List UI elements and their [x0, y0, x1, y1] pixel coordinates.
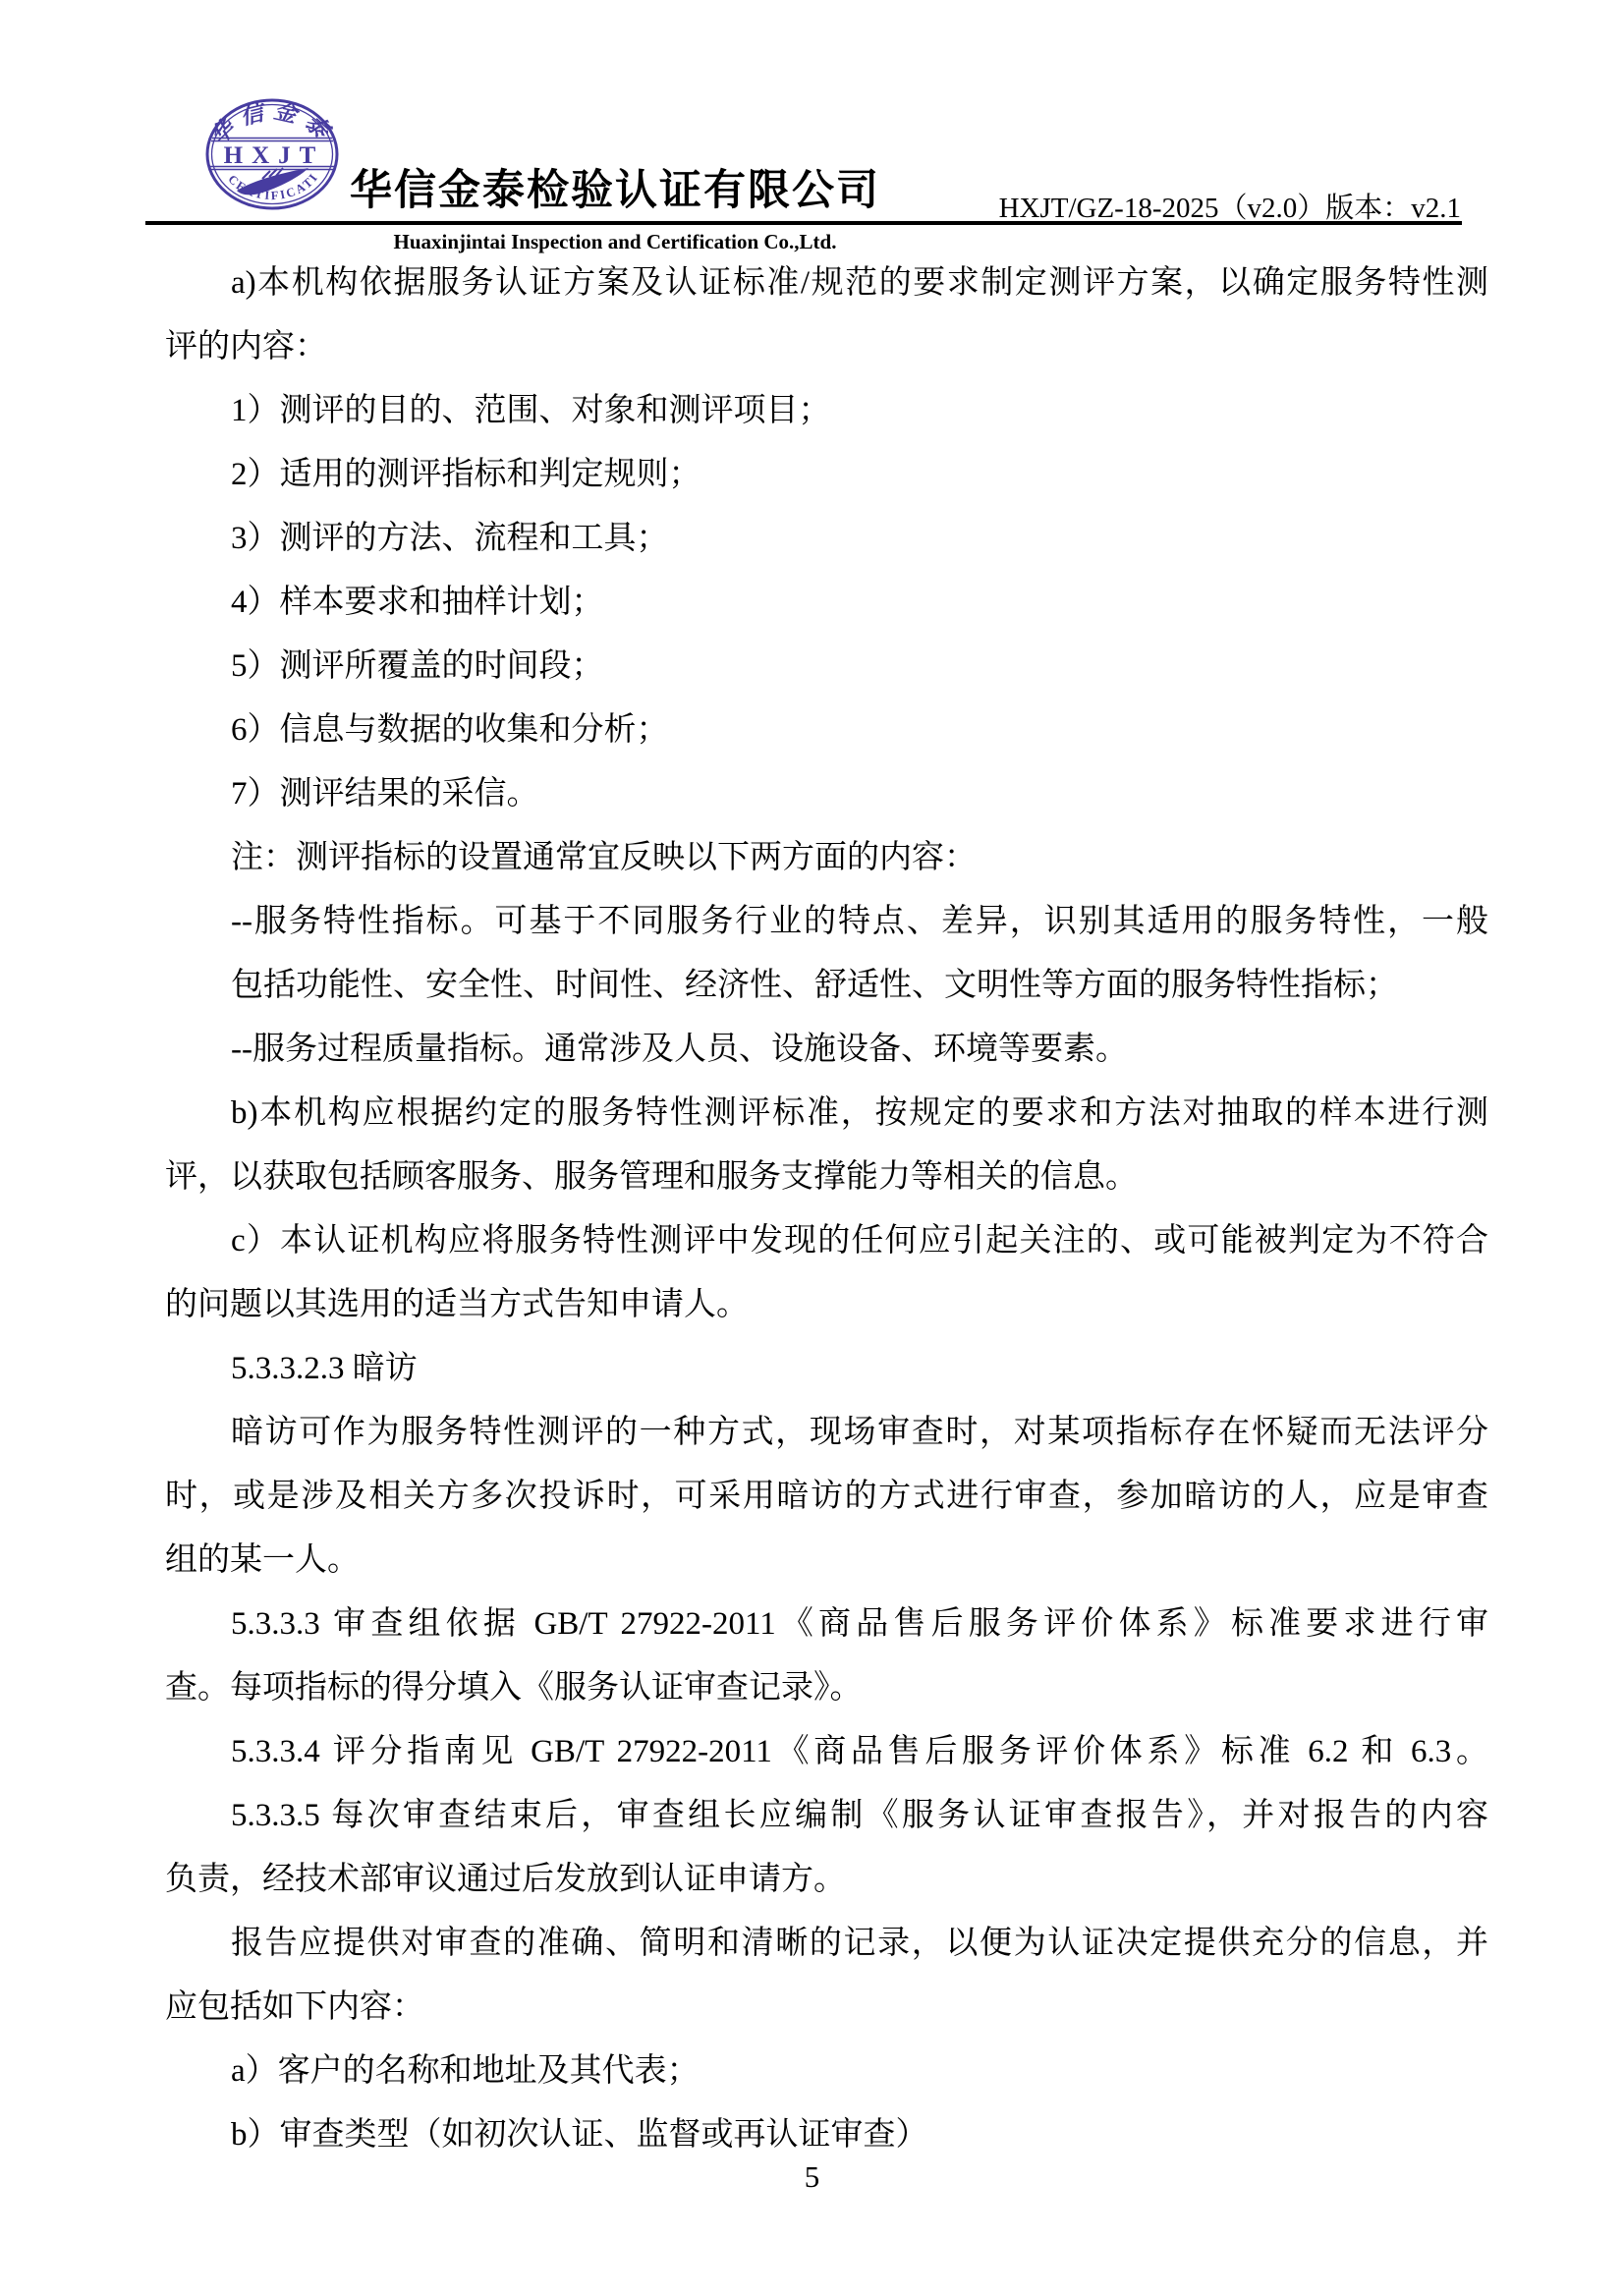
body-line: 6）信息与数据的收集和分析；	[165, 699, 1488, 762]
body-line: 评，以获取包括顾客服务、服务管理和服务支撑能力等相关的信息。	[165, 1146, 1488, 1209]
body-line: 暗访可作为服务特性测评的一种方式，现场审查时，对某项指标存在怀疑而无法评分	[165, 1401, 1488, 1465]
body-line: 时，或是涉及相关方多次投诉时，可采用暗访的方式进行审查，参加暗访的人，应是审查	[165, 1465, 1488, 1529]
body-line: b)本机构应根据约定的服务特性测评标准，按规定的要求和方法对抽取的样本进行测	[165, 1082, 1488, 1146]
document-page: 华信金泰 HXJT CERTIFICATION 华信金泰检验认证有限公司 HXJ…	[0, 0, 1624, 2295]
body-line: a)本机构依据服务认证方案及认证标准/规范的要求制定测评方案，以确定服务特性测	[165, 252, 1488, 315]
body-line: --服务过程质量指标。通常涉及人员、设施设备、环境等要素。	[165, 1018, 1488, 1082]
body-line: 5.3.3.4 评分指南见 GB/T 27922-2011《商品售后服务评价体系…	[165, 1720, 1488, 1784]
body-line: 报告应提供对审查的准确、简明和清晰的记录，以便为认证决定提供充分的信息，并	[165, 1912, 1488, 1976]
body-line: 负责，经技术部审议通过后发放到认证申请方。	[165, 1848, 1488, 1912]
body-line: --服务特性指标。可基于不同服务行业的特点、差异，识别其适用的服务特性，一般	[165, 890, 1488, 954]
company-name-zh: 华信金泰检验认证有限公司	[344, 157, 886, 217]
body-line: 1）测评的目的、范围、对象和测评项目；	[165, 379, 1488, 443]
body-line: 4）样本要求和抽样计划；	[165, 571, 1488, 635]
body-line: a）客户的名称和地址及其代表；	[165, 2040, 1488, 2103]
body-line: 5.3.3.5 每次审查结束后，审查组长应编制《服务认证审查报告》，并对报告的内…	[165, 1784, 1488, 1848]
body-line: 7）测评结果的采信。	[165, 762, 1488, 826]
header-divider	[145, 221, 1462, 225]
page-number: 5	[0, 2159, 1624, 2195]
seal-middle-text: HXJT	[224, 142, 325, 169]
body-line: 评的内容：	[165, 315, 1488, 379]
body-line: 的问题以其选用的适当方式告知申请人。	[165, 1273, 1488, 1337]
body-line: 组的某一人。	[165, 1529, 1488, 1593]
body-line: 5.3.3.2.3 暗访	[165, 1337, 1488, 1401]
body-line: 5.3.3.3 审查组依据 GB/T 27922-2011《商品售后服务评价体系…	[165, 1593, 1488, 1656]
body-line: 查。每项指标的得分填入《服务认证审查记录》。	[165, 1656, 1488, 1720]
doc-number: HXJT/GZ-18-2025（v2.0）版本：v2.1	[999, 186, 1461, 226]
document-body: a)本机构依据服务认证方案及认证标准/规范的要求制定测评方案，以确定服务特性测评…	[165, 252, 1488, 2167]
body-line: 注：测评指标的设置通常宜反映以下两方面的内容：	[165, 826, 1488, 890]
body-line: 应包括如下内容：	[165, 1976, 1488, 2040]
body-line: c）本认证机构应将服务特性测评中发现的任何应引起关注的、或可能被判定为不符合	[165, 1209, 1488, 1273]
body-line: b）审查类型（如初次认证、监督或再认证审查）	[165, 2103, 1488, 2167]
body-line: 包括功能性、安全性、时间性、经济性、舒适性、文明性等方面的服务特性指标；	[165, 954, 1488, 1018]
body-line: 3）测评的方法、流程和工具；	[165, 507, 1488, 571]
body-line: 2）适用的测评指标和判定规则；	[165, 443, 1488, 507]
body-line: 5）测评所覆盖的时间段；	[165, 635, 1488, 699]
company-seal-logo: 华信金泰 HXJT CERTIFICATION	[203, 96, 341, 216]
